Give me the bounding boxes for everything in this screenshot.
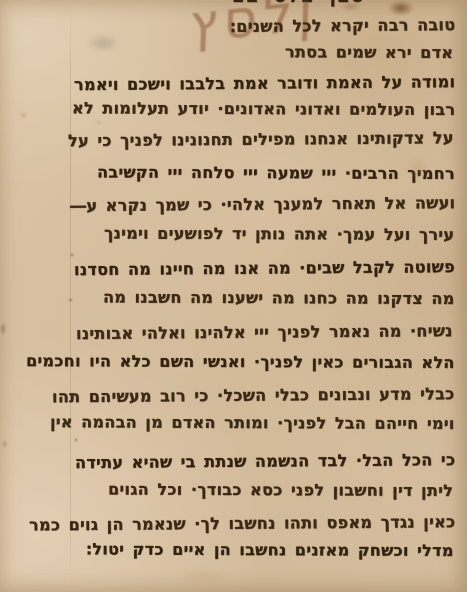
manuscript-line: הלא הגבורים כאין לפניך· ואנשי השם כלא הי…: [26, 351, 455, 372]
manuscript-line: על צדקותינו אנחנו מפילים תחנונינו לפניך …: [68, 128, 454, 151]
manuscript-line: כאין נגדך מאפס ותהו נחשבו לך· שנאמר הן ג…: [29, 512, 455, 535]
manuscript-line: אדם ירא שמים בסתר: [285, 42, 453, 62]
text-block: טובה רבה יקרא לכל השנים׃אדם ירא שמים בסת…: [0, 0, 467, 592]
manuscript-line: פשוטה לקבל שבים· מה אנו מה חיינו מה חסדנ…: [74, 257, 455, 280]
manuscript-page: טבן םלס בם ןלסץ טובה רבה יקרא לכל השנים׃…: [0, 0, 467, 592]
manuscript-line: ליתן דין וחשבון לפני כסא כבודך· וכל הגוי…: [108, 479, 453, 500]
manuscript-line: מדלי וכשחק מאזנים נחשבו הן איים כדק יטול…: [86, 539, 454, 560]
manuscript-line: רבון העולמים ואדוני האדונים· יודע תעלומו…: [72, 98, 455, 119]
manuscript-line: ומודה על האמת ודובר אמת בלבבו וישכם ויאמ…: [74, 72, 455, 95]
manuscript-line: נשיח· מה נאמר לפניך ייי אלהינו ואלהי אבו…: [76, 321, 453, 344]
manuscript-line: רחמיך הרבים· ייי שמעה ייי סלחה ייי הקשיב…: [97, 162, 455, 183]
manuscript-line: מה צדקנו מה כחנו מה ישענו מה חשבנו מה: [103, 287, 455, 308]
manuscript-line: טובה רבה יקרא לכל השנים׃: [230, 15, 456, 36]
manuscript-line: כבלי מדע ונבונים כבלי השכל· כי רוב מעשיה…: [51, 384, 454, 407]
manuscript-line: כי הכל הבל· לבד הנשמה שנתת בי שהיא עתידה: [75, 450, 455, 473]
manuscript-line: עירך ועל עמך· אתה נותן יד לפושעים וימינך: [104, 223, 454, 244]
manuscript-line: ועשה אל תאחר למענך אלהי· כי שמך נקרא ע―: [70, 193, 455, 216]
manuscript-line: וימי חייהם הבל לפניך· ומותר האדם מן הבהמ…: [50, 412, 455, 433]
